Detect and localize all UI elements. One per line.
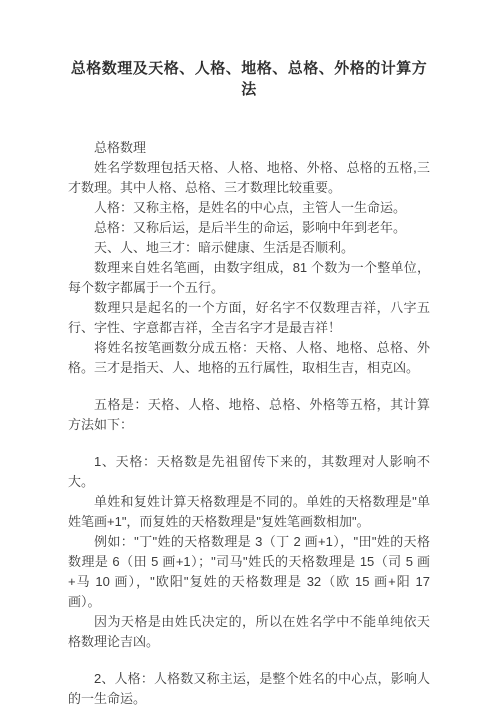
paragraph: 天、人、地三才：暗示健康、生活是否顺利。 [68,238,430,258]
paragraph: 总格数理 [68,138,430,158]
paragraph: 数理来自姓名笔画，由数字组成，81 个数为一个整单位，每个数字都属于一个五行。 [68,258,430,298]
paragraph-spacer [68,652,430,669]
paragraph: 单姓和复姓计算天格数理是不同的。单姓的天格数理是"单姓笔画+1"，而复姓的天格数… [68,492,430,532]
paragraph: 2、人格：人格数又称主运，是整个姓名的中心点，影响人的一生命运。 [68,669,430,707]
document-title: 总格数理及天格、人格、地格、总格、外格的计算方法 [68,58,430,100]
paragraph: 数理只是起名的一个方面，好名字不仅数理吉祥，八字五行、字性、字意都吉祥，全吉名字… [68,298,430,338]
document-page: 总格数理及天格、人格、地格、总格、外格的计算方法 总格数理姓名学数理包括天格、人… [0,0,500,707]
paragraph: 姓名学数理包括天格、人格、地格、外格、总格的五格,三才数理。其中人格、总格、三才… [68,158,430,198]
paragraph: 因为天格是由姓氏决定的，所以在姓名学中不能单纯依天格数理论吉凶。 [68,612,430,652]
paragraph-spacer [68,378,430,395]
paragraph: 人格：又称主格，是姓名的中心点，主管人一生命运。 [68,198,430,218]
paragraph: 五格是：天格、人格、地格、总格、外格等五格，其计算方法如下： [68,395,430,435]
paragraph: 例如："丁"姓的天格数理是 3（丁 2 画+1），"田"姓的天格数理是 6（田 … [68,532,430,612]
paragraph: 1、天格：天格数是先祖留传下来的，其数理对人影响不大。 [68,452,430,492]
document-body: 总格数理姓名学数理包括天格、人格、地格、外格、总格的五格,三才数理。其中人格、总… [68,138,430,707]
paragraph: 总格：又称后运，是后半生的命运，影响中年到老年。 [68,218,430,238]
paragraph: 将姓名按笔画数分成五格：天格、人格、地格、总格、外格。三才是指天、人、地格的五行… [68,338,430,378]
paragraph-spacer [68,435,430,452]
